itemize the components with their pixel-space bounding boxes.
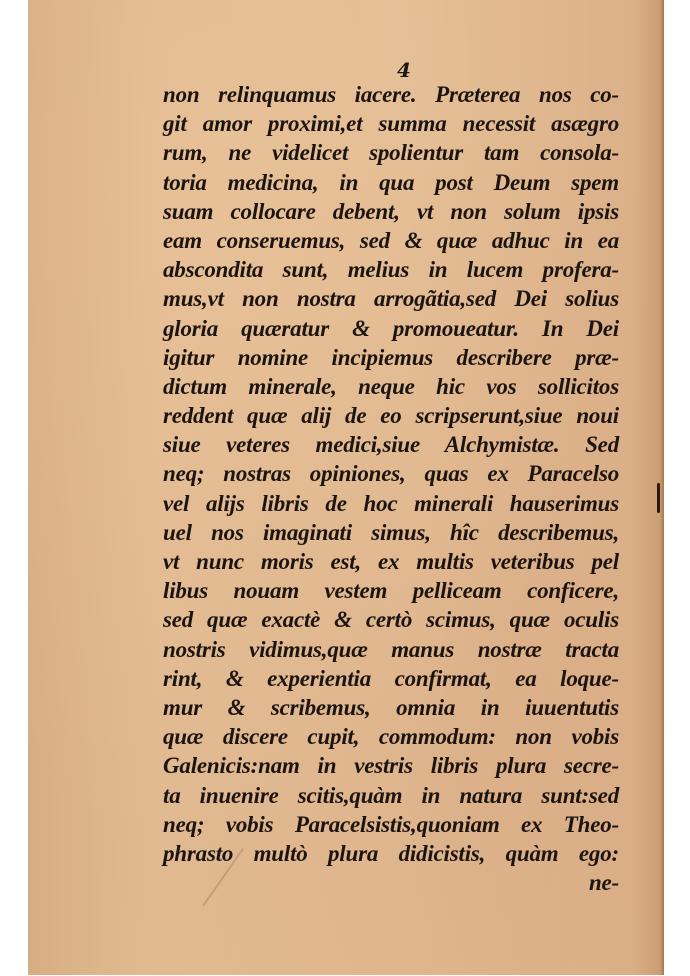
- text-line: nostris vidimus,quæ manus nostræ tracta: [163, 635, 619, 664]
- text-line: neq; vobis Paracelsistis,quoniam ex Theo…: [163, 810, 619, 839]
- text-line: Galenicis:nam in vestris libris plura se…: [163, 751, 619, 780]
- text-line: rum, ne videlicet spolientur tam consola…: [163, 138, 619, 167]
- text-line: uel nos imaginati simus, hîc describemus…: [163, 518, 619, 547]
- text-line: igitur nomine incipiemus describere præ-: [163, 343, 619, 372]
- text-line: mur & scribemus, omnia in iuuentutis: [163, 693, 619, 722]
- body-text: non relinquamus iacere. Præterea nos co-…: [163, 80, 619, 897]
- page-number: 4: [397, 58, 411, 82]
- text-line: vel alijs libris de hoc minerali hauseri…: [163, 489, 619, 518]
- text-line: neq; nostras opiniones, quas ex Paracels…: [163, 459, 619, 488]
- text-line: suam collocare debent, vt non solum ipsi…: [163, 197, 619, 226]
- text-line: eam conseruemus, sed & quæ adhuc in ea: [163, 226, 619, 255]
- text-line: vt nunc moris est, ex multis veteribus p…: [163, 547, 619, 576]
- binding-mark: [657, 483, 660, 513]
- text-line: ta inuenire scitis,quàm in natura sunt:s…: [163, 781, 619, 810]
- text-line: rint, & experientia confirmat, ea loque-: [163, 664, 619, 693]
- text-line: abscondita sunt, melius in lucem proferа…: [163, 255, 619, 284]
- text-line: reddent quæ alij de eo scripserunt,siue …: [163, 401, 619, 430]
- text-line: toria medicina, in qua post Deum spem: [163, 168, 619, 197]
- text-line: non relinquamus iacere. Præterea nos co-: [163, 80, 619, 109]
- text-line: git amor proximi,et summa necessit asægr…: [163, 109, 619, 138]
- text-line: libus nouam vestem pelliceam conficere,: [163, 576, 619, 605]
- text-line: mus,vt non nostra arrogãtia,sed Dei soli…: [163, 284, 619, 313]
- text-line: dictum minerale, neque hic vos sollicito…: [163, 372, 619, 401]
- catchword: ne-: [163, 868, 619, 897]
- text-line: sed quæ exactè & certò scimus, quæ oculi…: [163, 605, 619, 634]
- text-line: gloria quæratur & promoueatur. In Dei: [163, 314, 619, 343]
- book-page: 4 non relinquamus iacere. Præterea nos c…: [28, 0, 664, 975]
- text-line: siue veteres medici,siue Alchymistæ. Sed: [163, 430, 619, 459]
- text-line: quæ discere cupit, commodum: non vobis: [163, 722, 619, 751]
